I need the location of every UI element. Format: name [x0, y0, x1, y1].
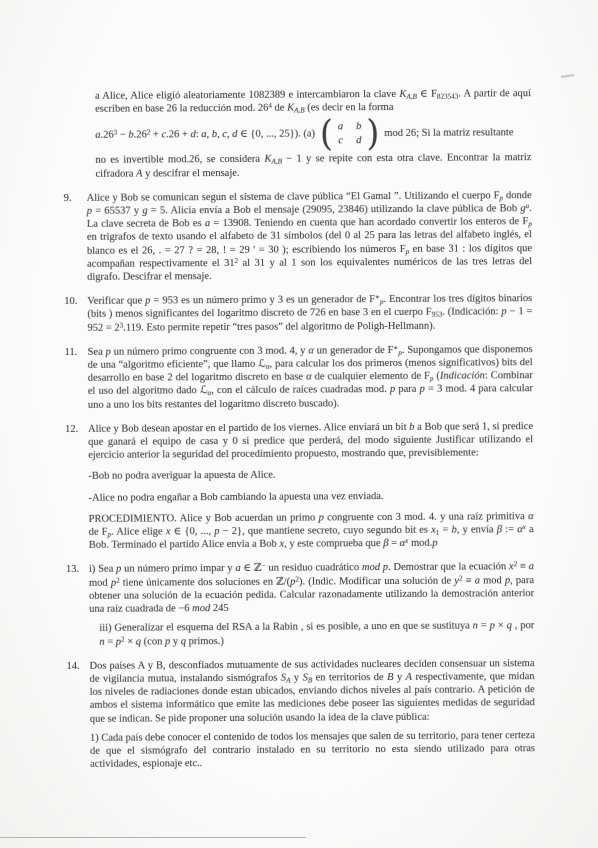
paragraph: Alice y Bob desean apostar en el partido… [88, 420, 533, 462]
item-body: Alice y Bob desean apostar en el partido… [88, 420, 534, 552]
paragraph: Verificar que p = 953 es un número primo… [87, 292, 532, 334]
item-number: 9. [64, 192, 88, 285]
paragraph-procedure: PROCEDIMIENTO. Alice y Bob acuerdan un p… [89, 510, 534, 552]
matrix-2x2: ( a b c d ) [320, 115, 379, 151]
paragraph: Dos países A y B, desconfiados mutuament… [89, 657, 534, 726]
page-content: a Alice, Alice eligió aleatoriamente 108… [63, 87, 535, 771]
matrix-entries: a b c d [333, 120, 367, 148]
matrix-right-paren: ) [366, 114, 379, 153]
paragraph-condition-1: 1) Cada país debe conocer el contenido d… [90, 729, 535, 771]
paragraph: Alice y Bob se comunican segun el sistem… [87, 189, 533, 284]
item-body: i) Sea p un número primo impar y a ∈ ℤ− … [89, 561, 535, 649]
equation-text-before: a.263 − b.262 + c.26 + d: a, b, c, d ∈ {… [95, 127, 315, 142]
exercise-item-11: 11. Sea p un número primo congruente con… [65, 343, 533, 412]
paragraph-part-iii: iii) Generalizar el esquema del RSA a la… [89, 619, 534, 648]
item-number: 13. [66, 563, 90, 648]
exercise-item-14: 14. Dos países A y B, desconfiados mutua… [66, 657, 535, 771]
matrix-entry-c: c [338, 134, 343, 147]
paragraph-part-i: i) Sea p un número primo impar y a ∈ ℤ− … [89, 561, 534, 617]
paragraph: a Alice, Alice eligió aleatoriamente 108… [95, 87, 531, 116]
matrix-left-paren: ( [320, 114, 333, 153]
matrix-entry-b: b [356, 120, 361, 133]
matrix-entry-d: d [356, 134, 361, 147]
item-number: 12. [65, 423, 89, 553]
intro-continuation-paragraph: a Alice, Alice eligió aleatoriamente 108… [95, 87, 532, 180]
item-body: Sea p un número primo congruente con 3 m… [88, 343, 533, 412]
paragraph-bob-claim: -Bob no podra averiguar la apuesta de Al… [88, 468, 533, 484]
paragraph-alice-claim: -Alice no podra engañar a Bob cambiando … [88, 489, 533, 505]
item-body: Alice y Bob se comunican segun el sistem… [87, 189, 533, 284]
paragraph: Sea p un número primo congruente con 3 m… [88, 343, 533, 412]
item-number: 11. [65, 346, 88, 412]
equation-text-after: mod 26; Si la matriz resultante [384, 126, 513, 140]
item-number: 14. [66, 660, 90, 772]
exercise-item-13: 13. i) Sea p un número primo impar y a ∈… [66, 561, 535, 649]
scan-artifact-mark [561, 74, 574, 78]
exercise-item-9: 9. Alice y Bob se comunican segun el sis… [64, 189, 533, 284]
scanned-page: a Alice, Alice eligió aleatoriamente 108… [0, 0, 598, 848]
exercise-item-12: 12. Alice y Bob desean apostar en el par… [65, 420, 534, 552]
paragraph: no es invertible mod.26, se considera KA… [95, 152, 531, 181]
matrix-equation-line: a.263 − b.262 + c.26 + d: a, b, c, d ∈ {… [95, 115, 531, 154]
item-body: Verificar que p = 953 es un número primo… [87, 292, 532, 334]
exercise-item-10: 10. Verificar que p = 953 es un número p… [64, 292, 532, 334]
item-body: Dos países A y B, desconfiados mutuament… [89, 657, 535, 771]
matrix-entry-a: a [338, 120, 343, 133]
item-number: 10. [64, 295, 87, 335]
scan-artifact-bottom-line [0, 837, 306, 838]
